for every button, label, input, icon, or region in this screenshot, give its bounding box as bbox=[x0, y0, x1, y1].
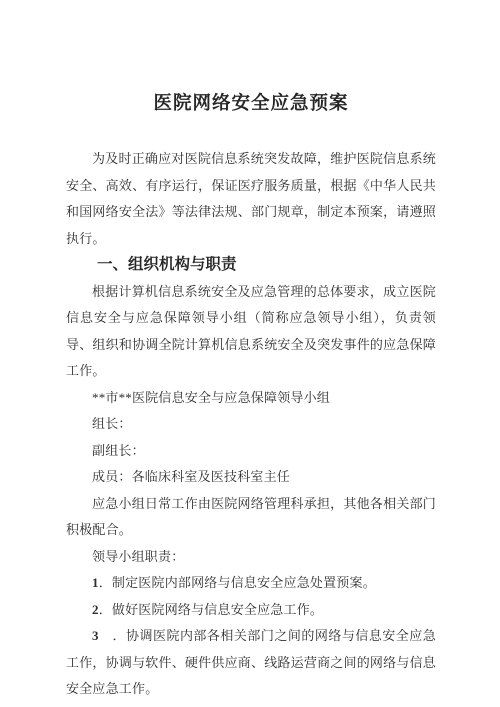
group-leader-line: 组长： bbox=[66, 411, 436, 438]
intro-paragraph: 为及时正确应对医院信息系统突发故障，维护医院信息系统安全、高效、有序运行，保证医… bbox=[66, 146, 436, 252]
duty-item-2-number: 2 bbox=[92, 602, 99, 617]
duty-item-2: 2．做好医院网络与信息安全应急工作。 bbox=[66, 597, 436, 624]
org-paragraph: 根据计算机信息系统安全及应急管理的总体要求，成立医院信息安全与应急保障领导小组（… bbox=[66, 279, 436, 385]
doc-title: 医院网络安全应急预案 bbox=[66, 88, 436, 118]
duty-item-1-number: 1 bbox=[92, 575, 99, 590]
deputy-leader-line: 副组长： bbox=[66, 438, 436, 465]
leading-group-title-line: **市**医院信息安全与应急保障领导小组 bbox=[66, 385, 436, 412]
duty-item-3-number: 3 bbox=[92, 628, 99, 643]
duty-item-3-text: ．协调医院内部各相关部门之间的网络与信息安全应急工作，协调与软件、硬件供应商、线… bbox=[66, 628, 436, 696]
members-line: 成员：各临床科室及医技科室主任 bbox=[66, 464, 436, 491]
document-page: 医院网络安全应急预案 为及时正确应对医院信息系统突发故障，维护医院信息系统安全、… bbox=[0, 0, 500, 707]
duty-item-2-text: ．做好医院网络与信息安全应急工作。 bbox=[99, 602, 323, 617]
duty-item-3: 3 ．协调医院内部各相关部门之间的网络与信息安全应急工作，协调与软件、硬件供应商… bbox=[66, 623, 436, 703]
duty-item-1-text: ．制定医院内部网络与信息安全应急处置预案。 bbox=[99, 575, 376, 590]
section-heading-1: 一、组织机构与职责 bbox=[66, 252, 436, 279]
duty-item-1: 1．制定医院内部网络与信息安全应急处置预案。 bbox=[66, 570, 436, 597]
duties-label-line: 领导小组职责： bbox=[66, 544, 436, 571]
daily-work-paragraph: 应急小组日常工作由医院网络管理科承担，其他各相关部门积极配合。 bbox=[66, 491, 436, 544]
